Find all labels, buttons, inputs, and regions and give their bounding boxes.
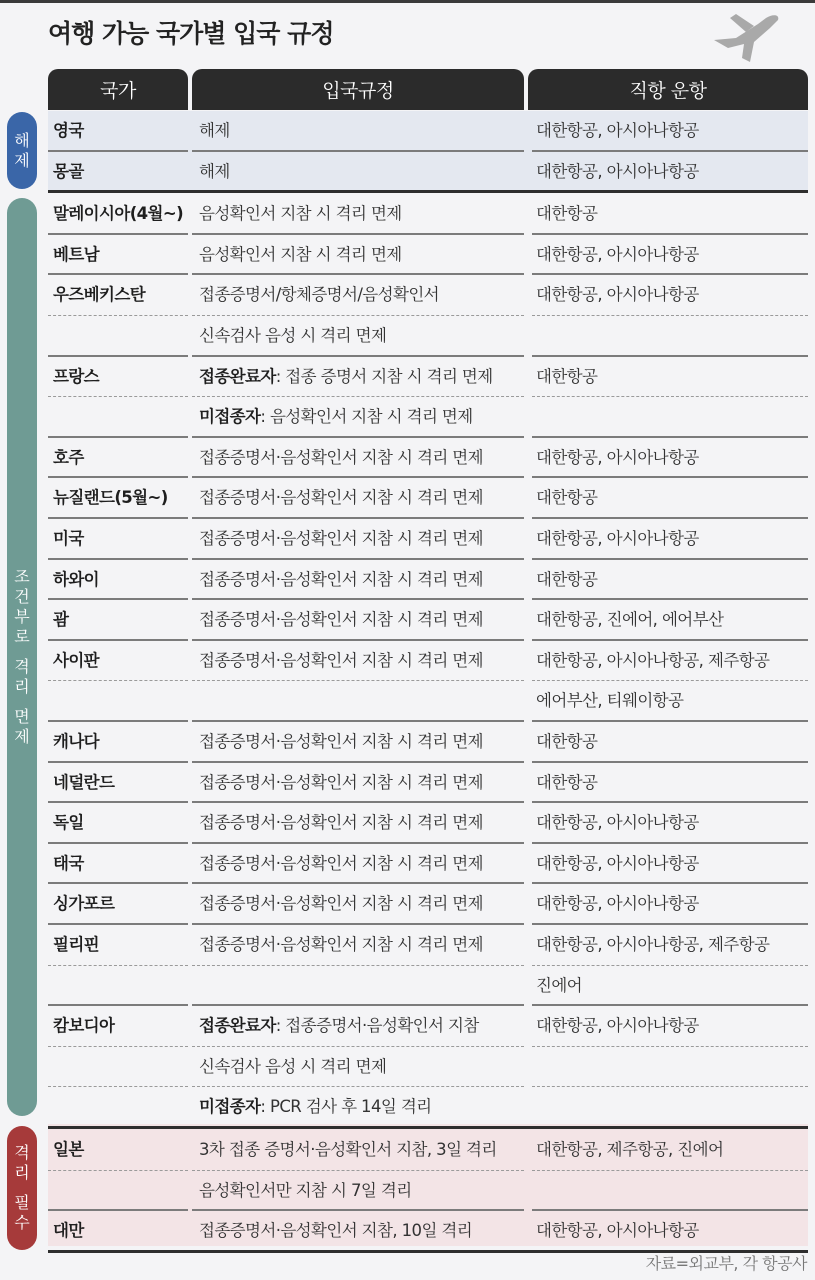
flight-cell: 대한항공 xyxy=(536,560,597,600)
table-row: 태국접종증명서·음성확인서 지참 시 격리 면제대한항공, 아시아나항공 xyxy=(48,844,808,885)
rule-bold-label: 접종완료자 xyxy=(199,367,276,386)
rule-cell: 접종증명서/항체증명서/음성확인서 xyxy=(199,275,439,315)
flight-cell: 대한항공, 아시아나항공 xyxy=(536,275,699,315)
section-label-mandatory: 격리필수 xyxy=(7,1126,37,1250)
section-label-conditional: 조건부로격리면제 xyxy=(7,198,37,1116)
flight-cell: 대한항공, 아시아나항공 xyxy=(536,884,699,924)
table-row: 우즈베키스탄접종증명서/항체증명서/음성확인서대한항공, 아시아나항공 xyxy=(48,275,808,316)
rule-cell: 신속검사 음성 시 격리 면제 xyxy=(199,316,386,356)
rule-cell: 음성확인서만 지참 시 7일 격리 xyxy=(199,1171,412,1211)
rule-cell: 접종증명서·음성확인서 지참 시 격리 면제 xyxy=(199,803,483,843)
rule-cell: 접종증명서·음성확인서 지참 시 격리 면제 xyxy=(199,641,483,681)
rule-cell: 접종증명서·음성확인서 지참, 10일 격리 xyxy=(199,1211,472,1251)
country-cell: 뉴질랜드(5월~) xyxy=(53,478,168,518)
rule-cell: 접종증명서·음성확인서 지참 시 격리 면제 xyxy=(199,844,483,884)
rule-cell: 해제 xyxy=(199,152,230,192)
table-row: 미접종자: 음성확인서 지참 시 격리 면제 xyxy=(48,397,808,438)
table-row: 신속검사 음성 시 격리 면제 xyxy=(48,1047,808,1088)
table-row: 영국해제대한항공, 아시아나항공 xyxy=(48,111,808,152)
rule-cell: 접종증명서·음성확인서 지참 시 격리 면제 xyxy=(199,925,483,965)
flight-cell: 대한항공, 아시아나항공 xyxy=(536,844,699,884)
flight-cell: 대한항공, 아시아나항공 xyxy=(536,111,699,151)
country-cell: 말레이시아(4월~) xyxy=(53,194,183,234)
table-row: 필리핀접종증명서·음성확인서 지참 시 격리 면제대한항공, 아시아나항공, 제… xyxy=(48,925,808,966)
rule-cell: 접종완료자: 접종증명서·음성확인서 지참 xyxy=(199,1006,479,1046)
table-row: 말레이시아(4월~)음성확인서 지참 시 격리 면제대한항공 xyxy=(48,194,808,235)
table-row: 사이판접종증명서·음성확인서 지참 시 격리 면제대한항공, 아시아나항공, 제… xyxy=(48,641,808,682)
country-cell: 대만 xyxy=(53,1211,84,1251)
rule-text: : 접종 증명서 지참 시 격리 면제 xyxy=(276,367,493,386)
flight-cell: 대한항공, 제주항공, 진에어 xyxy=(536,1130,723,1170)
table-row: 미국접종증명서·음성확인서 지참 시 격리 면제대한항공, 아시아나항공 xyxy=(48,519,808,560)
flight-cell: 진에어 xyxy=(536,966,582,1006)
rule-cell: 3차 접종 증명서·음성확인서 지참, 3일 격리 xyxy=(199,1130,497,1170)
table-row: 네덜란드접종증명서·음성확인서 지참 시 격리 면제대한항공 xyxy=(48,763,808,804)
flight-cell: 대한항공 xyxy=(536,357,597,397)
section-label-char: 격 xyxy=(14,1143,29,1163)
section-label-char: 해 xyxy=(14,131,29,151)
header-country: 국가 xyxy=(48,69,188,110)
flight-cell: 대한항공 xyxy=(536,722,597,762)
rule-text: : 접종증명서·음성확인서 지참 xyxy=(276,1016,479,1035)
section-label-char: 제 xyxy=(14,727,29,747)
table-row: 괌접종증명서·음성확인서 지참 시 격리 면제대한항공, 진에어, 에어부산 xyxy=(48,600,808,641)
country-cell: 호주 xyxy=(53,438,84,478)
country-cell: 우즈베키스탄 xyxy=(53,275,145,315)
table-row: 캐나다접종증명서·음성확인서 지참 시 격리 면제대한항공 xyxy=(48,722,808,763)
country-cell: 싱가포르 xyxy=(53,884,114,924)
flight-cell: 대한항공, 진에어, 에어부산 xyxy=(536,600,723,640)
header-flight: 직항 운항 xyxy=(528,69,808,110)
section-divider xyxy=(48,190,808,193)
table-row: 미접종자: PCR 검사 후 14일 격리 xyxy=(48,1087,808,1128)
section-label-char: 격 xyxy=(14,657,29,677)
header-rule: 입국규정 xyxy=(192,69,524,110)
country-cell: 네덜란드 xyxy=(53,763,114,803)
country-cell: 캐나다 xyxy=(53,722,99,762)
flight-cell: 대한항공 xyxy=(536,763,597,803)
table-row: 대만접종증명서·음성확인서 지참, 10일 격리대한항공, 아시아나항공 xyxy=(48,1211,808,1252)
rule-cell: 미접종자: PCR 검사 후 14일 격리 xyxy=(199,1087,432,1127)
rule-cell: 접종증명서·음성확인서 지참 시 격리 면제 xyxy=(199,560,483,600)
country-cell: 태국 xyxy=(53,844,84,884)
table-row: 신속검사 음성 시 격리 면제 xyxy=(48,316,808,357)
country-cell: 괌 xyxy=(53,600,68,640)
table-row: 뉴질랜드(5월~)접종증명서·음성확인서 지참 시 격리 면제대한항공 xyxy=(48,478,808,519)
country-cell: 일본 xyxy=(53,1130,84,1170)
table-row: 베트남음성확인서 지참 시 격리 면제대한항공, 아시아나항공 xyxy=(48,235,808,276)
table-row: 진에어 xyxy=(48,966,808,1007)
country-cell: 영국 xyxy=(53,111,84,151)
section-label-char: 부 xyxy=(14,607,29,627)
rule-cell: 접종증명서·음성확인서 지참 시 격리 면제 xyxy=(199,478,483,518)
rule-text: : PCR 검사 후 14일 격리 xyxy=(260,1097,431,1116)
flight-cell: 대한항공, 아시아나항공 xyxy=(536,438,699,478)
section-label-char: 면 xyxy=(14,707,29,727)
top-border xyxy=(0,0,815,3)
section-label-char: 리 xyxy=(14,677,29,697)
country-cell: 베트남 xyxy=(53,235,99,275)
table-row: 호주접종증명서·음성확인서 지참 시 격리 면제대한항공, 아시아나항공 xyxy=(48,438,808,479)
flight-cell: 에어부산, 티웨이항공 xyxy=(536,681,683,721)
table-row: 프랑스접종완료자: 접종 증명서 지참 시 격리 면제대한항공 xyxy=(48,357,808,398)
flight-cell: 대한항공, 아시아나항공, 제주항공 xyxy=(536,925,769,965)
rule-cell: 음성확인서 지참 시 격리 면제 xyxy=(199,235,402,275)
rule-cell: 미접종자: 음성확인서 지참 시 격리 면제 xyxy=(199,397,473,437)
country-cell: 필리핀 xyxy=(53,925,99,965)
flight-cell: 대한항공, 아시아나항공 xyxy=(536,1211,699,1251)
section-label-char: 로 xyxy=(14,627,29,647)
country-cell: 미국 xyxy=(53,519,84,559)
rule-cell: 접종완료자: 접종 증명서 지참 시 격리 면제 xyxy=(199,357,493,397)
section-label-char: 수 xyxy=(14,1213,29,1233)
table-row: 음성확인서만 지참 시 7일 격리 xyxy=(48,1171,808,1212)
page-title: 여행 가능 국가별 입국 규정 xyxy=(48,14,333,50)
section-divider xyxy=(48,1126,808,1129)
rule-text: : 음성확인서 지참 시 격리 면제 xyxy=(260,407,472,426)
rule-cell: 해제 xyxy=(199,111,230,151)
source-note: 자료=외교부, 각 항공사 xyxy=(646,1251,807,1274)
section-label-char: 조 xyxy=(14,567,29,587)
section-label-char: 필 xyxy=(14,1193,29,1213)
flight-cell: 대한항공, 아시아나항공 xyxy=(536,803,699,843)
rule-bold-label: 접종완료자 xyxy=(199,1016,276,1035)
rule-cell: 접종증명서·음성확인서 지참 시 격리 면제 xyxy=(199,519,483,559)
country-cell: 사이판 xyxy=(53,641,99,681)
table-row: 캄보디아접종완료자: 접종증명서·음성확인서 지참대한항공, 아시아나항공 xyxy=(48,1006,808,1047)
table-row: 하와이접종증명서·음성확인서 지참 시 격리 면제대한항공 xyxy=(48,560,808,601)
country-cell: 하와이 xyxy=(53,560,99,600)
flight-cell: 대한항공 xyxy=(536,478,597,518)
flight-cell: 대한항공, 아시아나항공, 제주항공 xyxy=(536,641,769,681)
flight-cell: 대한항공, 아시아나항공 xyxy=(536,519,699,559)
airplane-icon xyxy=(706,8,786,64)
rule-cell: 접종증명서·음성확인서 지참 시 격리 면제 xyxy=(199,763,483,803)
section-label-lifted: 해제 xyxy=(7,112,37,189)
flight-cell: 대한항공, 아시아나항공 xyxy=(536,152,699,192)
table-row: 독일접종증명서·음성확인서 지참 시 격리 면제대한항공, 아시아나항공 xyxy=(48,803,808,844)
flight-cell: 대한항공, 아시아나항공 xyxy=(536,235,699,275)
table-row: 에어부산, 티웨이항공 xyxy=(48,681,808,722)
country-cell: 독일 xyxy=(53,803,84,843)
rule-cell: 접종증명서·음성확인서 지참 시 격리 면제 xyxy=(199,884,483,924)
table-row: 일본3차 접종 증명서·음성확인서 지참, 3일 격리대한항공, 제주항공, 진… xyxy=(48,1130,808,1171)
flight-cell: 대한항공, 아시아나항공 xyxy=(536,1006,699,1046)
table-row: 몽골해제대한항공, 아시아나항공 xyxy=(48,152,808,193)
section-label-char: 리 xyxy=(14,1163,29,1183)
rule-cell: 접종증명서·음성확인서 지참 시 격리 면제 xyxy=(199,438,483,478)
flight-cell: 대한항공 xyxy=(536,194,597,234)
section-label-char: 건 xyxy=(14,587,29,607)
rule-bold-label: 미접종자 xyxy=(199,1097,260,1116)
table-row: 싱가포르접종증명서·음성확인서 지참 시 격리 면제대한항공, 아시아나항공 xyxy=(48,884,808,925)
section-label-char: 제 xyxy=(14,151,29,171)
rule-cell: 접종증명서·음성확인서 지참 시 격리 면제 xyxy=(199,722,483,762)
rule-bold-label: 미접종자 xyxy=(199,407,260,426)
rule-cell: 음성확인서 지참 시 격리 면제 xyxy=(199,194,402,234)
rule-cell: 신속검사 음성 시 격리 면제 xyxy=(199,1047,386,1087)
rule-cell: 접종증명서·음성확인서 지참 시 격리 면제 xyxy=(199,600,483,640)
country-cell: 캄보디아 xyxy=(53,1006,114,1046)
country-cell: 프랑스 xyxy=(53,357,99,397)
country-cell: 몽골 xyxy=(53,152,84,192)
